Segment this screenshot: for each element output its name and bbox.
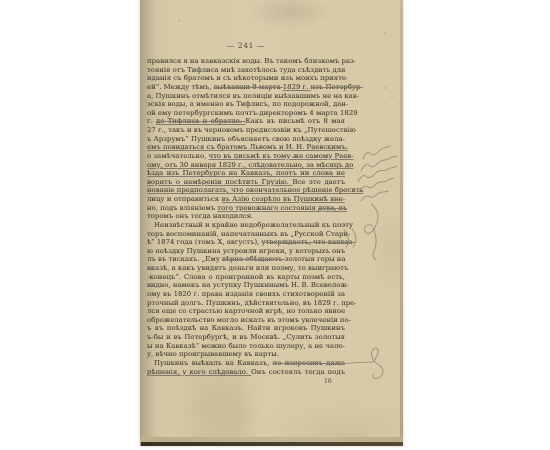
- text-line: нованіе предполагать, что окончательное …: [147, 186, 345, 195]
- text-line: а, Пушкинъ отмѣтился въ полиціи выѣхавши…: [147, 92, 345, 101]
- text-line: рточный долгъ. Пушкинъ, дѣйствительно, в…: [147, 299, 345, 308]
- annotated-text-segment: утверждаетъ, что кавказ-: [262, 238, 355, 246]
- text-line: 27 г., такъ и въ черновомъ предисловіи к…: [147, 126, 345, 135]
- annotated-text-segment: до Тифлиса и обратно.: [156, 117, 245, 125]
- page-bottom-edge-dark: [141, 442, 403, 446]
- text-line: рѣшенія, у кого слѣдовало. Онъ состоялъ …: [147, 368, 345, 377]
- pencil-loop-mark: [365, 204, 378, 233]
- scan-backdrop: — 241 — правился я на кавказскія воды. В…: [0, 0, 550, 450]
- text-segment: 27 г., такъ и въ черновомъ предисловіи к…: [147, 126, 356, 134]
- text-segment: Пушкинъ выѣхалъ на Кавказъ,: [154, 359, 273, 367]
- text-segment: Какъ въ письмѣ отъ 8 мая: [245, 117, 345, 125]
- page-number-heading: — 241 —: [206, 41, 286, 50]
- text-segment: торомъ онъ тогда находился.: [147, 212, 253, 220]
- text-segment: Неизвѣстный и крайне недоброжелательный …: [154, 221, 353, 229]
- text-segment: лся еще со страстью карточной игрѣ, но т…: [147, 307, 345, 315]
- text-line: лся еще со страстью карточной игрѣ, но т…: [147, 307, 345, 316]
- annotated-text-segment: рѣшенія, у кого слѣдовало.: [147, 368, 251, 376]
- text-segment: вказѣ, а какъ увидятъ деньги или поэму, …: [147, 264, 348, 272]
- text-segment: ю поѣздку Пушкина устроили игроки, у кот…: [147, 247, 345, 255]
- text-line: ѣзда изъ Петербурга на Кавказъ, поэтъ ни…: [147, 169, 345, 178]
- text-segment: тоянія отъ Тифлиса мнѣ захотѣлось туда с…: [147, 66, 346, 74]
- text-line: Неизвѣстный и крайне недоброжелательный …: [147, 221, 345, 230]
- text-line: ѣ“ 1874 года (томъ X, августъ), утвержда…: [147, 238, 345, 247]
- text-segment: ому въ 1820 г. права изданія своихъ стих…: [147, 290, 345, 298]
- book-page: — 241 — правился я на кавказскія воды. В…: [140, 0, 403, 446]
- annotated-text-segment: ому, отъ 30 января 1829 г., слѣдовательн…: [147, 161, 353, 169]
- annotated-text-segment: изъ Петербур-: [311, 83, 363, 91]
- text-segment: ы на Кавказѣ“ можно было только шулеру, …: [147, 342, 345, 350]
- text-segment: Онъ состоялъ тогда подъ: [251, 368, 345, 376]
- text-line: правился я на кавказскія воды. Въ такомъ…: [147, 57, 345, 66]
- text-line: ъ Арзрумъ“ Пушкинъ объясняетъ свою поѣзд…: [147, 135, 345, 144]
- text-line: лицу и отправиться въ Азію созрѣло въ Пу…: [147, 195, 345, 204]
- text-segment: торъ воспоминаній, напечатанныхъ въ „Рус…: [147, 230, 350, 238]
- text-segment: ой ему петербургскимъ почтъ-директоромъ …: [147, 109, 358, 117]
- text-segment: золотыя горы на: [285, 255, 346, 263]
- annotated-text-segment: емъ повидаться съ братомъ Львомъ и Н. Н.…: [147, 143, 348, 151]
- annotated-text-segment: выѣхавши 9 марта: [214, 83, 283, 91]
- text-segment: видно, намекъ на уступку Пушкинымъ Н. В.…: [147, 281, 349, 289]
- text-line: но, подъ вліяніемъ того тревожнаго состо…: [147, 204, 345, 213]
- text-line: иданія съ братомъ и съ нѣкоторыми изъ мо…: [147, 74, 345, 83]
- annotated-text-segment: нованіе предполагать, что окончательное …: [147, 186, 363, 194]
- page-right-edge: [400, 0, 403, 446]
- text-segment: у, вѣчно проигрывавшему въ карты.: [147, 350, 279, 358]
- text-segment: ъ Арзрумъ“ Пушкинъ объясняетъ свою поѣзд…: [147, 135, 345, 143]
- text-segment: ей“. Между тѣмъ,: [147, 83, 214, 91]
- annotated-text-segment: ѣзда изъ Петербурга на Кавказъ, поэтъ ни…: [147, 169, 345, 177]
- text-line: лъ въ тискахъ. „Ему вѣрно обѣщаютъ золот…: [147, 255, 345, 264]
- text-line: ому въ 1820 г. права изданія своихъ стих…: [147, 290, 345, 299]
- text-segment: ѣ“ 1874 года (томъ X, августъ),: [147, 238, 262, 246]
- text-segment: лъ въ тискахъ. „Ему: [147, 255, 222, 263]
- annotated-text-segment: воритъ о намѣреніи посѣтить Грузію.: [147, 178, 292, 186]
- text-line: ы на Кавказѣ“ можно было только шулеру, …: [147, 342, 345, 351]
- text-line: вказѣ, а какъ увидятъ деньги или поэму, …: [147, 264, 345, 273]
- margin-scribble-icon: [358, 146, 397, 201]
- text-segment: г.: [147, 117, 156, 125]
- text-segment: оброжелательство могло искать въ этомъ у…: [147, 316, 351, 324]
- text-line: -конецъ“. Слова о проигранной въ карты п…: [147, 273, 345, 282]
- text-segment: правился я на кавказскія воды. Въ такомъ…: [147, 57, 356, 65]
- text-segment: а, Пушкинъ отмѣтился въ полиціи выѣхавши…: [147, 92, 359, 100]
- text-segment: ъ къ поѣздкѣ на Кавказъ. Найти игроковъ …: [147, 324, 345, 332]
- text-segment: лицу и отправиться: [147, 195, 222, 203]
- text-line: ей“. Между тѣмъ, выѣхавши 9 марта 1829 г…: [147, 83, 345, 92]
- text-line: торъ воспоминаній, напечатанныхъ въ „Рус…: [147, 230, 345, 239]
- text-line: ому, отъ 30 января 1829 г., слѣдовательн…: [147, 161, 345, 170]
- text-segment: -конецъ“. Слова о проигранной въ карты п…: [147, 273, 345, 281]
- text-segment: о замѣчательно,: [147, 152, 209, 160]
- text-segment: Все это даетъ: [292, 178, 345, 186]
- text-line: тоянія отъ Тифлиса мнѣ захотѣлось туда с…: [147, 66, 345, 75]
- text-segment: ъ-бы и въ Петербургѣ, и въ Москвѣ. „Сули…: [147, 333, 345, 341]
- annotated-text-segment: въ Азію созрѣло въ Пушкинѣ вне-: [222, 195, 345, 203]
- annotated-text-segment: вѣрно обѣщаютъ: [222, 255, 285, 263]
- text-block: правился я на кавказскія воды. Въ такомъ…: [147, 57, 345, 376]
- annotated-text-segment: духа, въ: [318, 204, 347, 212]
- text-segment: но, подъ вліяніемъ: [147, 204, 217, 212]
- text-line: о замѣчательно, что въ письмѣ къ тому-же…: [147, 152, 345, 161]
- text-line: у, вѣчно проигрывавшему въ карты.: [147, 350, 345, 359]
- text-line: ъ-бы и въ Петербургѣ, и въ Москвѣ. „Сули…: [147, 333, 345, 342]
- page-top-edge: [149, 0, 400, 5]
- text-line: ъ къ поѣздкѣ на Кавказъ. Найти игроковъ …: [147, 324, 345, 333]
- text-line: г. до Тифлиса и обратно. Какъ въ письмѣ …: [147, 117, 345, 126]
- text-segment: рточный долгъ. Пушкинъ, дѣйствительно, в…: [147, 299, 357, 307]
- text-line: Пушкинъ выѣхалъ на Кавказъ, не испросивъ…: [147, 359, 345, 368]
- annotated-text-segment: того тревожнаго состоянія: [217, 204, 318, 212]
- annotated-text-segment: не испросивъ даже: [273, 359, 345, 367]
- text-line: торомъ онъ тогда находился.: [147, 212, 345, 221]
- text-segment: иданія съ братомъ и съ нѣкоторыми изъ мо…: [147, 74, 348, 82]
- text-line: емъ повидаться съ братомъ Львомъ и Н. Н.…: [147, 143, 345, 152]
- signature-mark: 16: [324, 378, 332, 385]
- text-segment: зскія воды, а именно въ Тифлисъ, по подо…: [147, 100, 348, 108]
- deletion-flourish-mark: [339, 348, 383, 378]
- annotated-text-segment: 1829 г.: [283, 83, 311, 91]
- text-line: зскія воды, а именно въ Тифлисъ, по подо…: [147, 100, 345, 109]
- annotated-text-segment: что въ письмѣ къ тому-же самому Раев-: [209, 152, 354, 160]
- text-line: видно, намекъ на уступку Пушкинымъ Н. В.…: [147, 281, 345, 290]
